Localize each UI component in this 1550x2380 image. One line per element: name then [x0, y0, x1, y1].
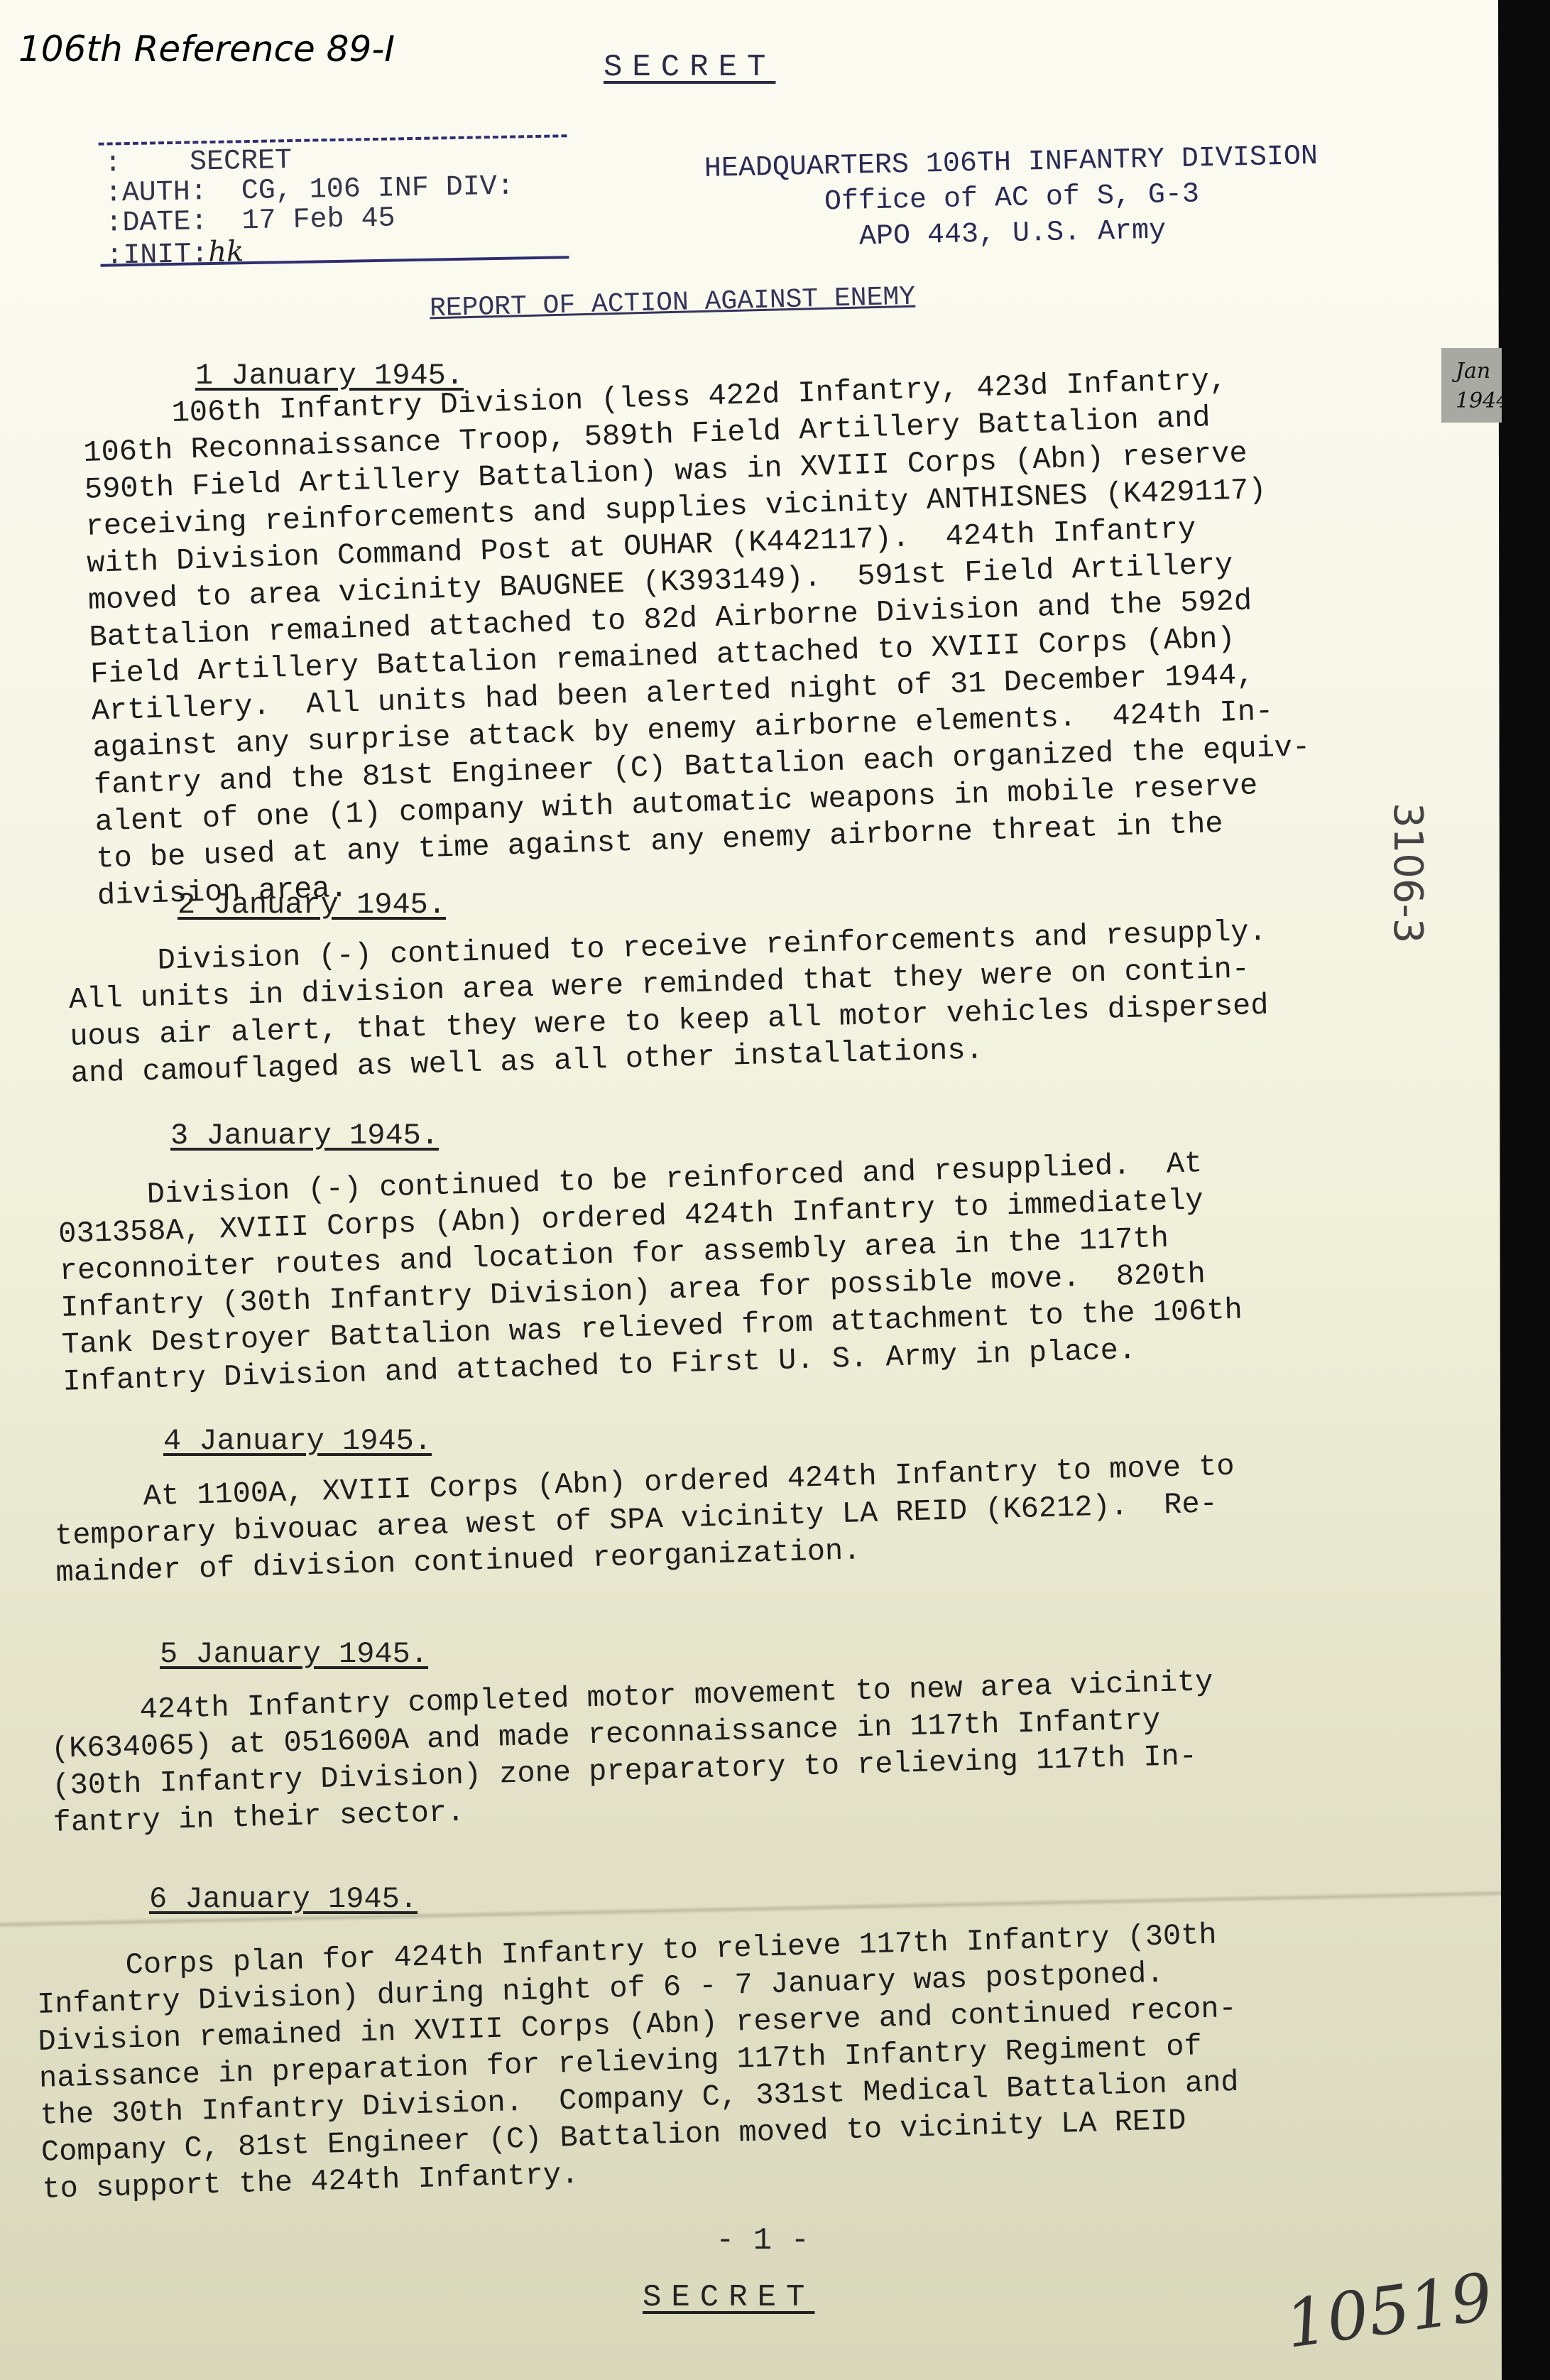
stamp-title-text: SECRET	[190, 145, 293, 179]
document-page: 106th Reference 89-I SECRET : SECRET :AU…	[0, 0, 1502, 2380]
stamp-init-row: :INIT:hk	[106, 231, 564, 271]
stamp-auth-value: CG, 106 INF DIV	[241, 171, 497, 207]
stamp-date-label: :DATE:	[105, 206, 208, 240]
entry-date: 2 January 1945.	[178, 888, 446, 922]
report-title: REPORT OF ACTION AGAINST ENEMY	[430, 282, 916, 325]
page-number: - 1 -	[716, 2223, 809, 2259]
entry-body: 106th Infantry Division (less 422d Infan…	[82, 359, 1314, 914]
entry-date: 6 January 1945.	[149, 1882, 417, 1916]
handwritten-margin-note: 3106-3	[1385, 803, 1431, 943]
stamp-date-value: 17 Feb 45	[241, 202, 395, 237]
reference-label: 106th Reference 89-I	[18, 28, 395, 70]
classification-stamp: : SECRET :AUTH: CG, 106 INF DIV: :DATE: …	[99, 134, 569, 266]
entry-body: 424th Infantry completed motor movement …	[50, 1663, 1216, 1842]
entry-body: Corps plan for 424th Infantry to relieve…	[36, 1916, 1241, 2208]
stamp-init-signature: hk	[208, 235, 244, 268]
classification-bottom: SECRET	[643, 2280, 814, 2315]
entry-body: Division (-) continued to receive reinfo…	[67, 913, 1270, 1092]
entry-body: At 1100A, XVIII Corps (Abn) ordered 424t…	[53, 1448, 1237, 1592]
tab-annotation: Jan 1944	[1441, 348, 1502, 423]
handwritten-page-number: 10519	[1281, 2259, 1497, 2363]
stamp-auth-label: :AUTH:	[104, 176, 207, 210]
entry-date: 5 January 1945.	[160, 1637, 428, 1671]
headquarters-block: HEADQUARTERS 106TH INFANTRY DIVISION Off…	[660, 138, 1365, 260]
entry-body: Division (-) continued to be reinforced …	[57, 1144, 1244, 1401]
entry-date: 4 January 1945.	[163, 1424, 432, 1458]
entry-date: 3 January 1945.	[170, 1119, 439, 1153]
classification-top: SECRET	[604, 50, 775, 85]
stamp-init-label: :INIT:	[106, 239, 209, 273]
